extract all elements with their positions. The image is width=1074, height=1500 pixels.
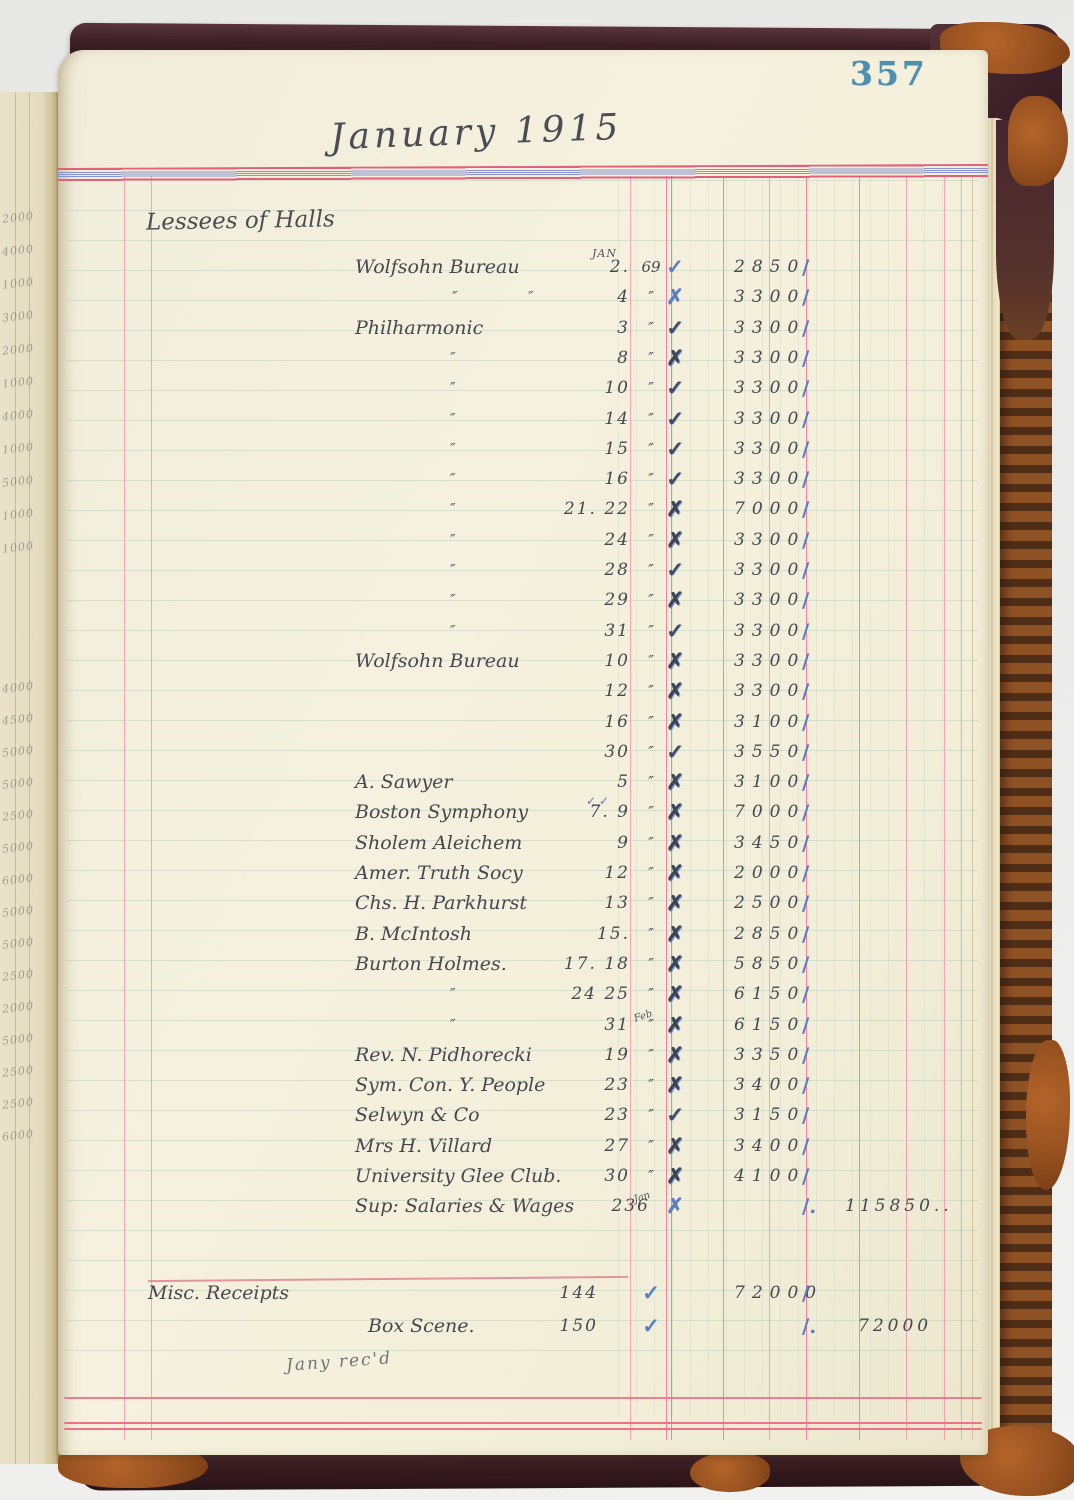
ledger-row: ″24″✗3300∕ <box>58 525 988 555</box>
cross-mark-icon: ✗ <box>658 1161 692 1191</box>
lessee-name: A. Sawyer <box>355 767 452 797</box>
date-value: 14 <box>478 404 630 434</box>
date-value: 10 <box>478 373 630 403</box>
ledger-row: Rev. N. Pidhorecki19″✗3350∕ <box>58 1040 988 1070</box>
edge-amount: 2500 <box>1 805 54 823</box>
check-mark-icon: ✓ <box>658 434 692 464</box>
blue-tick-icon: ∕ <box>802 1070 809 1100</box>
date-value: 16 <box>478 707 630 737</box>
ledger-photo-stage: 2000400010003000200010004000100050001000… <box>0 0 1074 1500</box>
date-value: 23 <box>478 1100 630 1130</box>
edge-amount: 5000 <box>1 773 54 791</box>
ledger-row: Sholem Aleichem9″✗3450∕ <box>58 828 988 858</box>
blue-tick-icon: ∕ <box>802 1010 809 1040</box>
cross-mark-icon: ✗ <box>658 282 692 312</box>
ledger-row: 30″✓3550∕ <box>58 737 988 767</box>
amount-value: 5850 <box>734 949 805 979</box>
amount-value: 2000 <box>734 858 805 888</box>
date-value: 21. 22 <box>478 494 630 524</box>
amount-value: 3300 <box>734 434 805 464</box>
date-value: 2. <box>478 252 630 282</box>
amount-value: 3300 <box>734 373 805 403</box>
blue-tick-icon: ∕ <box>802 1040 809 1070</box>
date-value: 30 <box>478 737 630 767</box>
cross-mark-icon: ✗ <box>658 1070 692 1100</box>
ledger-row: ″15″✓3300∕ <box>58 434 988 464</box>
ledger-row: ″10″✓3300∕ <box>58 373 988 403</box>
ledger-row: Wolfsohn Bureau10″✗3300∕ <box>58 646 988 676</box>
cross-mark-icon: ✗ <box>658 919 692 949</box>
check-mark-icon: ✓ <box>658 616 692 646</box>
blue-tick-icon: ∕ <box>802 797 809 827</box>
date-value: 3 <box>478 313 630 343</box>
leather-tear <box>1026 1040 1070 1190</box>
blue-tick-icon: ∕ <box>802 555 809 585</box>
amount-value: 3350 <box>734 1040 805 1070</box>
edge-amount: 2000 <box>1 997 54 1015</box>
cross-mark-icon: ✗ <box>658 646 692 676</box>
check-mark-icon: ✓ <box>658 373 692 403</box>
ledger-row: Mrs H. Villard27″✗3400∕ <box>58 1131 988 1161</box>
edge-amount: 2500 <box>1 1093 54 1111</box>
left-page-edge: 2000400010003000200010004000100050001000… <box>0 92 60 1464</box>
amount-value: 3300 <box>734 676 805 706</box>
ledger-row: ″31″✓3300∕ <box>58 616 988 646</box>
blue-tick-icon: ∕ <box>802 1100 809 1130</box>
blue-tick-icon: ∕ <box>802 919 809 949</box>
edge-amount: 2000 <box>1 207 54 225</box>
blue-tick-icon: ∕ <box>802 707 809 737</box>
ledger-row: ″16″✓3300∕ <box>58 464 988 494</box>
ledger-row: Wolfsohn BureauJAN2.69✓2850∕ <box>58 252 988 282</box>
cross-mark-icon: ✗ <box>658 888 692 918</box>
blue-tick-icon: ∕ <box>802 828 809 858</box>
date-value: 30 <box>478 1161 630 1191</box>
ditto-mark: ″ <box>450 373 456 403</box>
edge-amount: 1000 <box>1 504 54 522</box>
leather-tear <box>1008 96 1068 186</box>
ditto-mark: ″ <box>452 282 458 312</box>
edge-amount: 1000 <box>1 372 54 390</box>
cross-mark-icon: ✗ <box>658 1040 692 1070</box>
blue-tick-icon: ∕ <box>802 585 809 615</box>
amount-value: 3100 <box>734 767 805 797</box>
blue-tick-icon: ∕ <box>802 949 809 979</box>
date-value: 12 <box>478 858 630 888</box>
cross-mark-icon: ✗ <box>658 585 692 615</box>
ledger-row: Sym. Con. Y. People23″✗3400∕ <box>58 1070 988 1100</box>
amount-value: 3300 <box>734 343 805 373</box>
book-cover-right-edge <box>1000 150 1052 1470</box>
date-value: 24 25 <box>478 979 630 1009</box>
amount-value: 3300 <box>734 282 805 312</box>
amount-value: 2850 <box>734 919 805 949</box>
date-value: 27 <box>478 1131 630 1161</box>
edge-amount: 2500 <box>1 965 54 983</box>
date-value: 4 <box>478 282 630 312</box>
ditto-mark: ″ <box>450 404 456 434</box>
blue-tick-icon: ∕ <box>802 737 809 767</box>
blue-tick-icon: ∕ <box>802 646 809 676</box>
edge-amount: 5000 <box>1 1029 54 1047</box>
ledger-page: 357 January 1915 Lessees of Halls Wolfso… <box>58 50 988 1455</box>
cross-mark-icon: ✗ <box>658 343 692 373</box>
date-value: 9 <box>478 828 630 858</box>
page-number: 357 <box>850 54 1000 93</box>
cross-mark-icon: ✗ <box>658 949 692 979</box>
blue-tick-icon: ∕ <box>802 434 809 464</box>
section-heading: Lessees of Halls <box>146 206 335 235</box>
amount-value: 6150 <box>734 1010 805 1040</box>
date-value: 23 <box>478 1070 630 1100</box>
date-value: 236 <box>478 1191 650 1221</box>
ledger-row: ″31Feb″✗6150∕ <box>58 1010 988 1040</box>
amount-value: 3100 <box>734 707 805 737</box>
check-mark-icon: ✓ <box>634 1311 668 1341</box>
ledger-row: University Glee Club.30″✗4100∕ <box>58 1161 988 1191</box>
bottom-rule <box>64 1422 982 1424</box>
ledger-row: Burton Holmes.17. 18″✗5850∕ <box>58 949 988 979</box>
edge-amount: 5000 <box>1 837 54 855</box>
edge-amount: 6000 <box>1 869 54 887</box>
ledger-row: ″28″✓3300∕ <box>58 555 988 585</box>
ditto-mark: ″ <box>450 343 456 373</box>
ledger-row: 12″✗3300∕ <box>58 676 988 706</box>
check-mark-icon: ✓ <box>658 1100 692 1130</box>
cross-mark-icon: ✗ <box>658 858 692 888</box>
box-scene-folio: 150 <box>488 1311 598 1341</box>
blue-tick-icon: ∕ <box>802 858 809 888</box>
cross-mark-icon: ✗ <box>658 676 692 706</box>
date-value: 15 <box>478 434 630 464</box>
ledger-row: Chs. H. Parkhurst13″✗2500∕ <box>58 888 988 918</box>
ledger-row: Boston Symphony✓✓7. 9″✗7000∕ <box>58 797 988 827</box>
amount-value: 3400 <box>734 1131 805 1161</box>
ditto-mark: ″ <box>450 464 456 494</box>
blue-tick-icon: ∕ <box>802 464 809 494</box>
ditto-mark: ″ <box>450 434 456 464</box>
cross-mark-icon: ✗ <box>658 767 692 797</box>
amount-value: 3300 <box>734 464 805 494</box>
lessee-name: Selwyn & Co <box>355 1100 480 1130</box>
amount-value: 3400 <box>734 1070 805 1100</box>
ditto-mark: ″ <box>450 979 456 1009</box>
cross-mark-icon: ✗ <box>658 707 692 737</box>
cross-mark-icon: ✗ <box>658 1010 692 1040</box>
blue-tick-icon: ∕ <box>802 979 809 1009</box>
ledger-row: Philharmonic3″✓3300∕ <box>58 313 988 343</box>
edge-amount: 1000 <box>1 537 54 555</box>
ditto-mark: ″ <box>450 525 456 555</box>
check-mark-icon: ✓ <box>658 313 692 343</box>
ditto-mark: ″ <box>450 494 456 524</box>
date-value: 16 <box>478 464 630 494</box>
edge-amount: 2500 <box>1 1061 54 1079</box>
amount-value: 3300 <box>734 646 805 676</box>
box-scene-label: Box Scene. <box>368 1311 475 1341</box>
ditto-mark: ″ <box>450 1010 456 1040</box>
ditto-mark: ″ <box>450 585 456 615</box>
receipts-folio: 144 <box>488 1278 598 1308</box>
edge-amount: 4500 <box>1 709 54 727</box>
box-scene-row: Box Scene. 150 ✓ ∕. 72000 <box>58 1311 988 1341</box>
bottom-rule <box>64 1428 982 1430</box>
amount-value: 3300 <box>734 313 805 343</box>
total-value: 115850.. <box>845 1191 995 1221</box>
lessee-name: B. McIntosh <box>355 919 472 949</box>
check-mark-icon: ✓ <box>658 737 692 767</box>
blue-tick-icon: ∕ <box>802 373 809 403</box>
blue-tick-icon: ∕ <box>802 343 809 373</box>
date-value: 29 <box>478 585 630 615</box>
cross-mark-icon: ✗ <box>658 828 692 858</box>
receipts-amount: 72000 <box>734 1278 823 1308</box>
blue-tick-icon: ∕ <box>802 252 809 282</box>
date-value: 19 <box>478 1040 630 1070</box>
ledger-row: ″24 25″✗6150∕ <box>58 979 988 1009</box>
edge-amount: 4000 <box>1 240 54 258</box>
lessee-name: Philharmonic <box>355 313 483 343</box>
bottom-rule <box>64 1397 982 1399</box>
ledger-row: ″14″✓3300∕ <box>58 404 988 434</box>
cross-mark-icon: ✗ <box>658 979 692 1009</box>
receipts-label: Misc. Receipts <box>148 1278 289 1308</box>
edge-amount: 5000 <box>1 933 54 951</box>
check-mark-icon: ✓ <box>658 404 692 434</box>
ledger-row: Amer. Truth Socy12″✗2000∕ <box>58 858 988 888</box>
date-value: 28 <box>478 555 630 585</box>
amount-value: 3300 <box>734 555 805 585</box>
edge-amount: 4000 <box>1 677 54 695</box>
date-value: 8 <box>478 343 630 373</box>
date-value: 12 <box>478 676 630 706</box>
date-value: 13 <box>478 888 630 918</box>
leather-tear <box>690 1452 770 1492</box>
blue-tick-icon: ∕ <box>802 767 809 797</box>
check-mark-icon: ✓ <box>634 1278 668 1308</box>
blue-tick-icon: ∕ <box>802 282 809 312</box>
date-value: 24 <box>478 525 630 555</box>
blue-tick-icon: ∕ <box>802 1161 809 1191</box>
amount-value: 6150 <box>734 979 805 1009</box>
date-value: 15. <box>478 919 630 949</box>
cross-mark-icon: ✗ <box>658 494 692 524</box>
blue-tick-icon: ∕ <box>802 616 809 646</box>
edge-amount: 2000 <box>1 339 54 357</box>
amount-value: 2500 <box>734 888 805 918</box>
edge-amount: 5000 <box>1 471 54 489</box>
edge-amount: 3000 <box>1 306 54 324</box>
ledger-row: ″″4″✗3300∕ <box>58 282 988 312</box>
blue-tick-icon: ∕ <box>802 1278 809 1308</box>
blue-tick-icon: ∕ <box>802 494 809 524</box>
cross-mark-icon: ✗ <box>658 797 692 827</box>
ledger-row: Selwyn & Co23″✓3150∕ <box>58 1100 988 1130</box>
ditto-mark: ″ <box>450 616 456 646</box>
cross-mark-icon: ✗ <box>658 525 692 555</box>
blue-tick-icon: ∕ <box>802 313 809 343</box>
edge-amount: 4000 <box>1 405 54 423</box>
ledger-row: ″8″✗3300∕ <box>58 343 988 373</box>
lessee-name: Mrs H. Villard <box>355 1131 492 1161</box>
ledger-row: ″21. 22″✗7000∕ <box>58 494 988 524</box>
amount-value: 3550 <box>734 737 805 767</box>
ledger-row: Sup: Salaries & Wages236Jan✗∕.115850.. <box>58 1191 988 1221</box>
blue-tick-icon: ∕. <box>802 1311 816 1341</box>
edge-amount: 1000 <box>1 273 54 291</box>
blue-tick-icon: ∕ <box>802 525 809 555</box>
amount-value: 7000 <box>734 494 805 524</box>
ditto-mark: ″ <box>450 555 456 585</box>
edge-amount: 1000 <box>1 438 54 456</box>
page-title: January 1915 <box>329 107 623 158</box>
amount-value: 3300 <box>734 585 805 615</box>
blue-tick-icon: ∕ <box>802 676 809 706</box>
date-value: 10 <box>478 646 630 676</box>
date-value: 31 <box>478 616 630 646</box>
misc-receipts-row: Misc. Receipts 144 ✓ 72000 ∕ <box>58 1278 988 1308</box>
amount-value: 7000 <box>734 797 805 827</box>
ledger-row: B. McIntosh15.″✗2850∕ <box>58 919 988 949</box>
blue-tick-icon: ∕ <box>802 888 809 918</box>
check-mark-icon: ✓ <box>658 464 692 494</box>
blue-tick-icon: ∕ <box>802 404 809 434</box>
blue-tick-icon: ∕ <box>802 1131 809 1161</box>
amount-value: 3300 <box>734 616 805 646</box>
edge-amount: 6000 <box>1 1125 54 1143</box>
ledger-row: A. Sawyer5″✗3100∕ <box>58 767 988 797</box>
cross-mark-icon: ✗ <box>658 1131 692 1161</box>
amount-value: 2850 <box>734 252 805 282</box>
cross-mark-icon: ✗ <box>658 1191 692 1221</box>
blue-tick-icon: ∕. <box>802 1191 816 1221</box>
date-value: 7. 9 <box>478 797 630 827</box>
amount-value: 4100 <box>734 1161 805 1191</box>
date-value: 17. 18 <box>478 949 630 979</box>
amount-value: 3150 <box>734 1100 805 1130</box>
edge-amount: 5000 <box>1 901 54 919</box>
check-mark-icon: ✓ <box>658 555 692 585</box>
amount-value: 3300 <box>734 404 805 434</box>
ledger-row: 16″✗3100∕ <box>58 707 988 737</box>
amount-value: 3450 <box>734 828 805 858</box>
date-value: 31 <box>478 1010 630 1040</box>
box-scene-total: 72000 <box>858 1311 1008 1341</box>
check-mark-icon: ✓ <box>658 252 692 282</box>
amount-value: 3300 <box>734 525 805 555</box>
ledger-row: ″29″✗3300∕ <box>58 585 988 615</box>
edge-amount: 5000 <box>1 741 54 759</box>
